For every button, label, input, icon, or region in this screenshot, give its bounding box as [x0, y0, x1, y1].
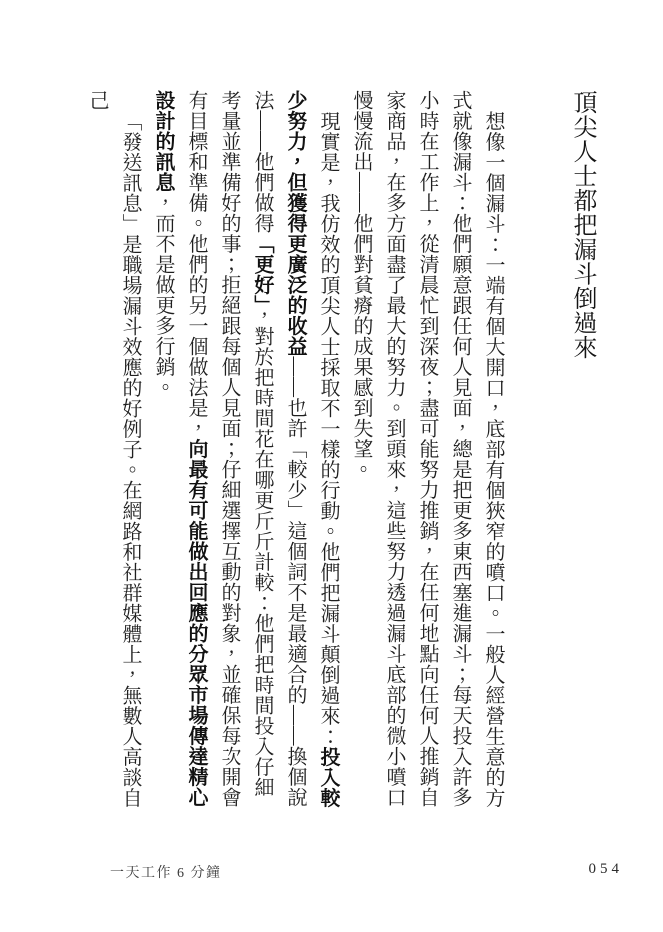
paragraph-2-run-1: 現實是，我仿效的頂尖人士採取不一樣的行動。他們把漏斗顛倒過來： [317, 111, 339, 747]
paragraph-3: 「發送訊息」是職場漏斗效應的好例子。在網路和社群媒體上，無數人高談自己 [80, 90, 146, 814]
running-title: 一天工作 6 分鐘 [110, 862, 222, 882]
book-page: 頂尖人士都把漏斗倒過來 想像一個漏斗：一端有個大開口，底部有個狹窄的噴口。一般人… [0, 0, 663, 932]
page-footer: 一天工作 6 分鐘 054 [0, 862, 663, 884]
paragraph-2-run-4: ，而不是做更多行銷。 [152, 193, 174, 398]
paragraph-2: 現實是，我仿效的頂尖人士採取不一樣的行動。他們把漏斗顛倒過來：投入較少努力，但獲… [146, 90, 344, 814]
paragraph-1: 想像一個漏斗：一端有個大開口，底部有個狹窄的噴口。一般人經營生意的方式就像漏斗：… [344, 90, 509, 814]
paragraph-2-bold-run-2: 「更好」 [251, 234, 273, 306]
chapter-title: 頂尖人士都把漏斗倒過來 [559, 90, 605, 814]
page-content: 頂尖人士都把漏斗倒過來 想像一個漏斗：一端有個大開口，底部有個狹窄的噴口。一般人… [80, 90, 605, 814]
page-number: 054 [589, 861, 624, 878]
